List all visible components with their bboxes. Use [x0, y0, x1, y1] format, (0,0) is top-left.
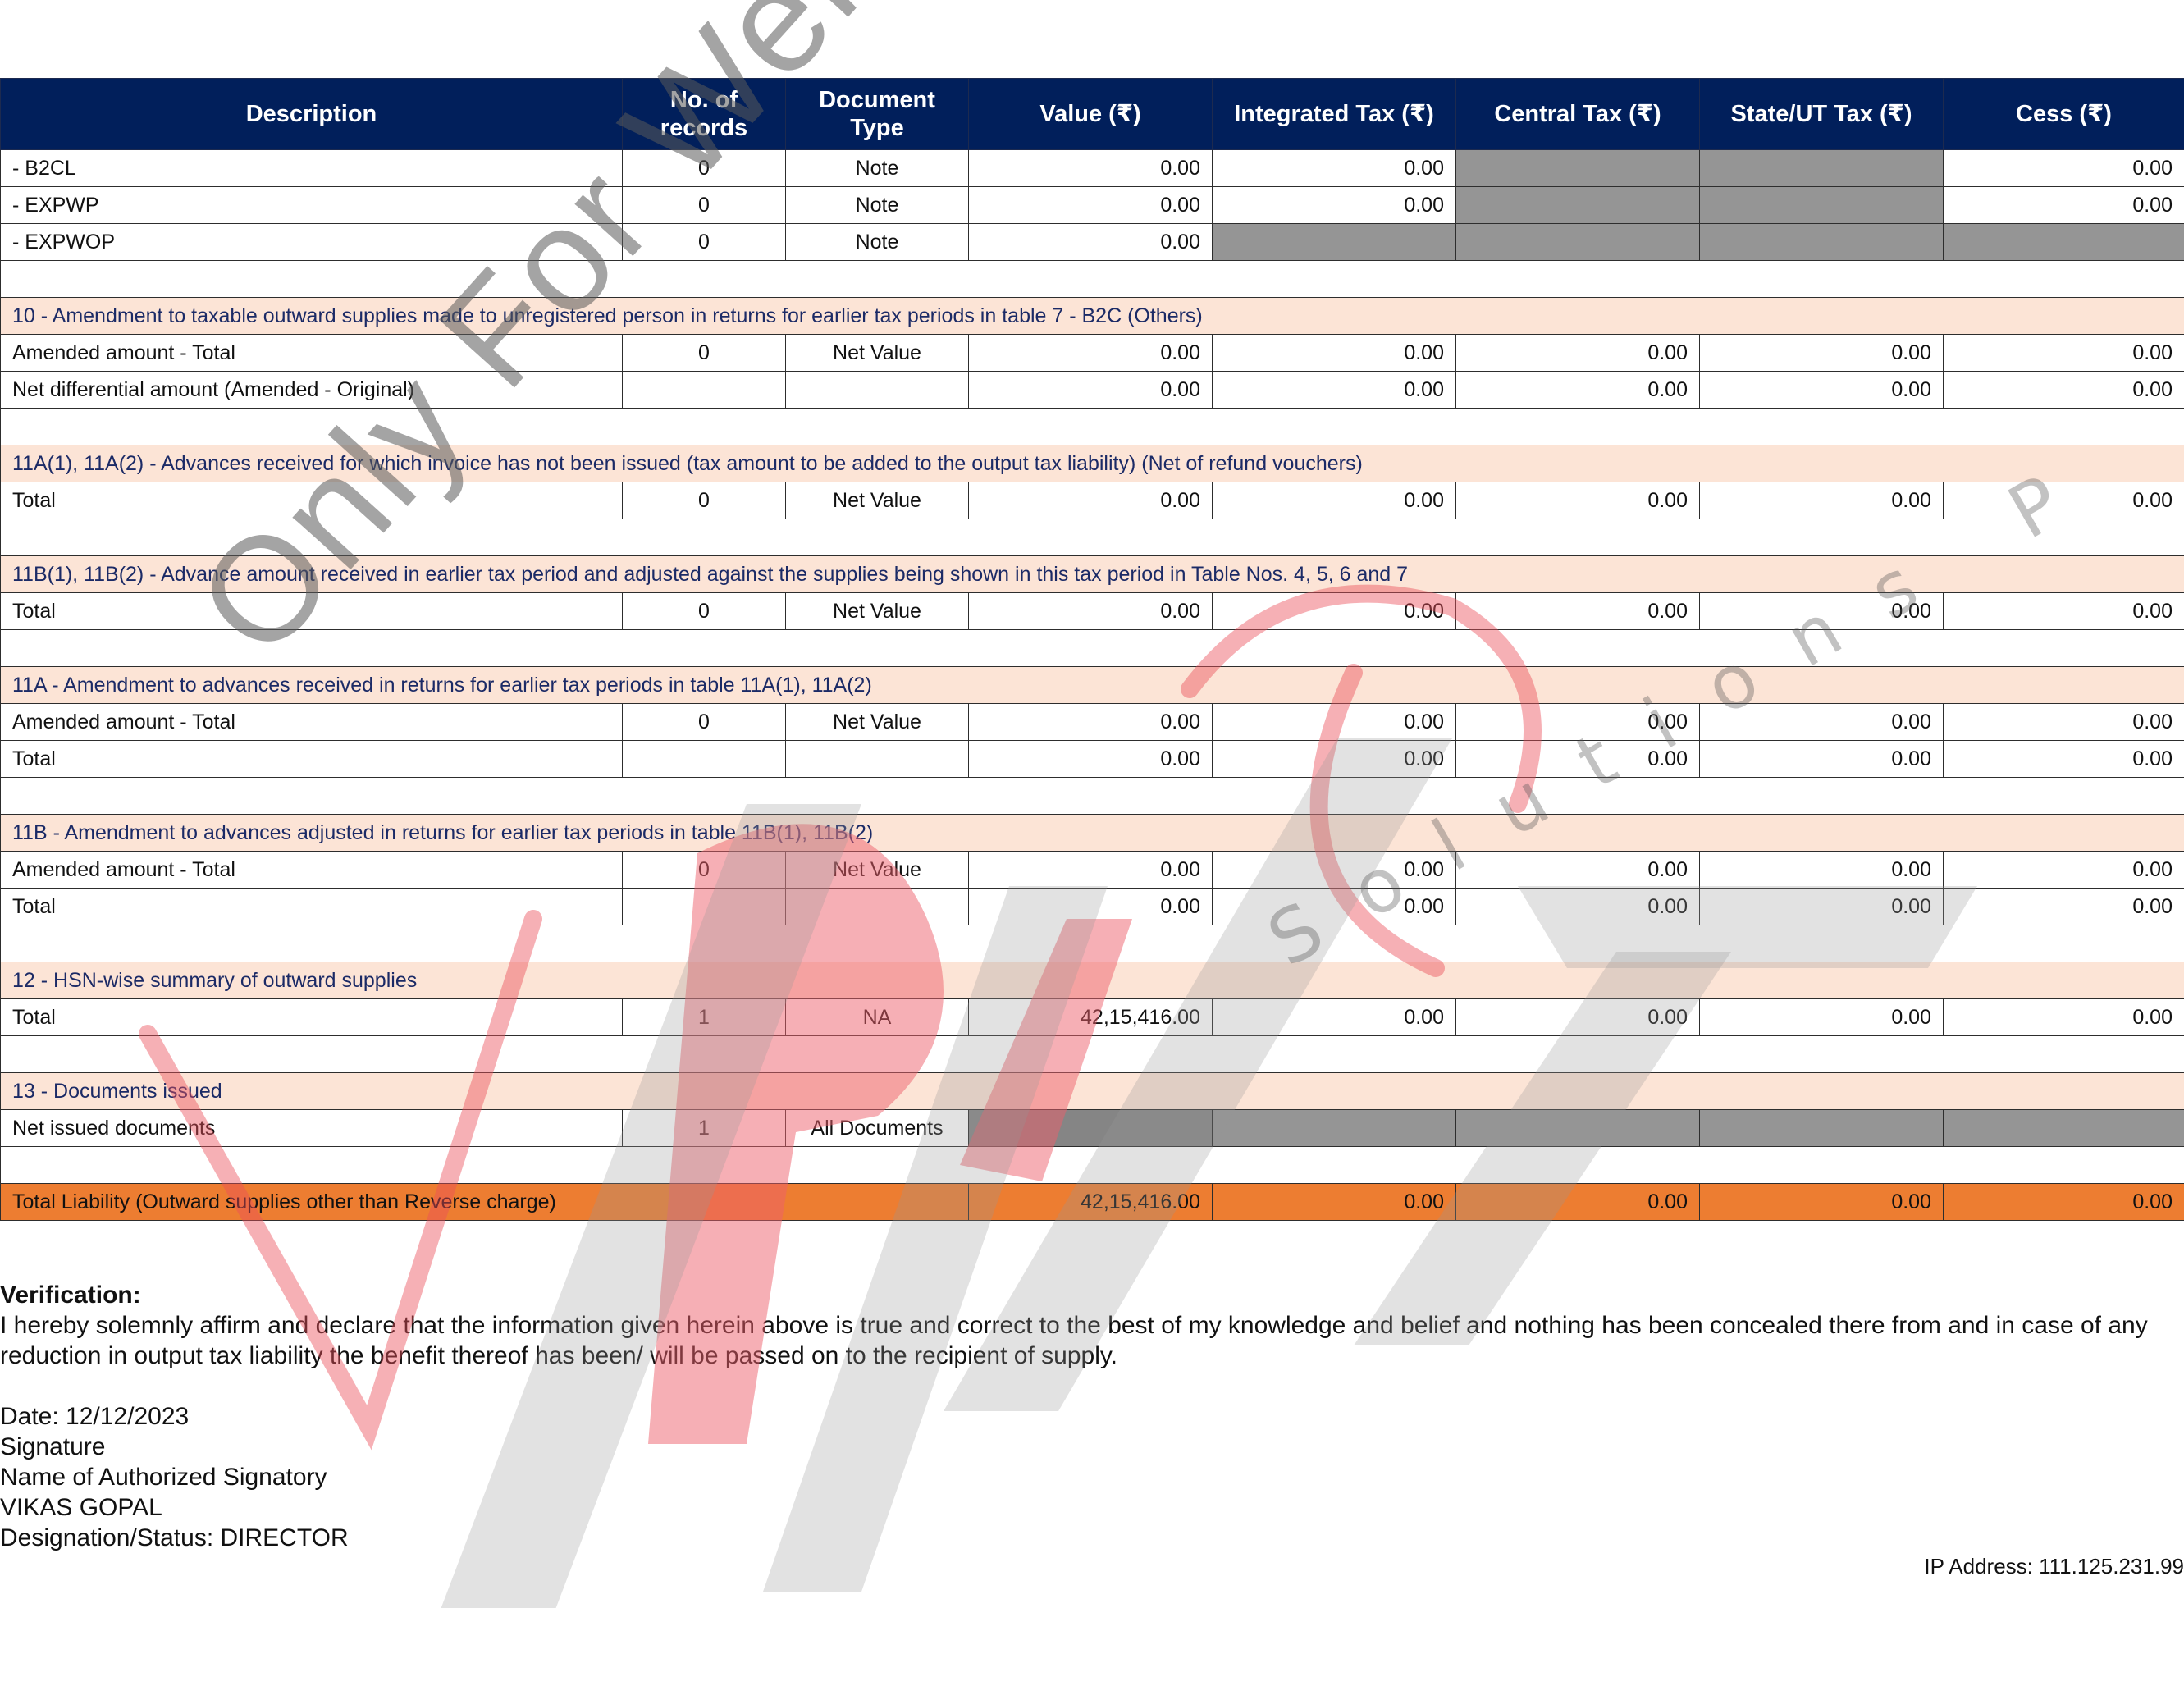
row-value: 0.00: [969, 224, 1213, 261]
row-cess: 0.00: [1944, 150, 2184, 187]
signatory-designation: Designation/Status: DIRECTOR: [0, 1523, 349, 1553]
row-description: - EXPWOP: [1, 224, 623, 261]
row-cess: 0.00: [1944, 372, 2184, 409]
row-description: Net differential amount (Amended - Origi…: [1, 372, 623, 409]
section-title: 12 - HSN-wise summary of outward supplie…: [1, 962, 2184, 999]
row-state-ut-tax: 0.00: [1700, 741, 1944, 778]
row-cess: 0.00: [1944, 852, 2184, 889]
row-integrated-tax: 0.00: [1213, 372, 1456, 409]
total-liability-row: Total Liability (Outward supplies other …: [1, 1184, 2184, 1221]
row-state-ut-tax: 0.00: [1700, 852, 1944, 889]
row-cess: 0.00: [1944, 187, 2184, 224]
row-state-ut-tax: 0.00: [1700, 482, 1944, 519]
row-description: Amended amount - Total: [1, 704, 623, 741]
table-row: Total0Net Value0.000.000.000.000.00: [1, 593, 2184, 630]
table-row: Total1NA42,15,416.000.000.000.000.00: [1, 999, 2184, 1036]
row-integrated-tax-disabled: [1213, 1110, 1456, 1147]
table-row: Net issued documents1All Documents: [1, 1110, 2184, 1147]
row-records: 0: [623, 150, 786, 187]
row-integrated-tax: 0.00: [1213, 741, 1456, 778]
col-header-records: No. of records: [623, 79, 786, 150]
verification-block: Verification: I hereby solemnly affirm a…: [0, 1280, 2184, 1371]
row-state-ut-tax-disabled: [1700, 224, 1944, 261]
row-value: 0.00: [969, 852, 1213, 889]
row-value: 42,15,416.00: [969, 999, 1213, 1036]
row-state-ut-tax: 0.00: [1700, 704, 1944, 741]
total-integrated-tax: 0.00: [1213, 1184, 1456, 1221]
spacer-row: [1, 778, 2184, 815]
row-records: 1: [623, 1110, 786, 1147]
row-document-type: All Documents: [786, 1110, 969, 1147]
row-records: [623, 741, 786, 778]
col-header-integrated-tax: Integrated Tax (₹): [1213, 79, 1456, 150]
row-document-type: [786, 372, 969, 409]
row-integrated-tax: 0.00: [1213, 889, 1456, 925]
row-cess: 0.00: [1944, 889, 2184, 925]
row-cess-disabled: [1944, 1110, 2184, 1147]
section-header-row: 11B(1), 11B(2) - Advance amount received…: [1, 556, 2184, 593]
row-central-tax: 0.00: [1456, 999, 1700, 1036]
section-header-row: 10 - Amendment to taxable outward suppli…: [1, 298, 2184, 335]
row-integrated-tax: 0.00: [1213, 335, 1456, 372]
row-value: 0.00: [969, 187, 1213, 224]
verification-title: Verification:: [0, 1280, 2184, 1310]
row-records: 0: [623, 852, 786, 889]
row-value: 0.00: [969, 335, 1213, 372]
table-row: Amended amount - Total0Net Value0.000.00…: [1, 704, 2184, 741]
verification-text: I hereby solemnly affirm and declare tha…: [0, 1310, 2184, 1371]
section-title: 13 - Documents issued: [1, 1073, 2184, 1110]
row-state-ut-tax: 0.00: [1700, 335, 1944, 372]
row-central-tax: 0.00: [1456, 593, 1700, 630]
row-central-tax-disabled: [1456, 1110, 1700, 1147]
row-central-tax: 0.00: [1456, 852, 1700, 889]
row-document-type: NA: [786, 999, 969, 1036]
row-description: Total: [1, 889, 623, 925]
spacer-cell: [1, 519, 2184, 556]
section-title: 11A(1), 11A(2) - Advances received for w…: [1, 445, 2184, 482]
table-row: Total0Net Value0.000.000.000.000.00: [1, 482, 2184, 519]
col-header-state-ut-tax: State/UT Tax (₹): [1700, 79, 1944, 150]
signatory-name-label: Name of Authorized Signatory: [0, 1462, 349, 1492]
spacer-cell: [1, 1147, 2184, 1184]
row-value: 0.00: [969, 741, 1213, 778]
row-cess: 0.00: [1944, 704, 2184, 741]
row-value: 0.00: [969, 372, 1213, 409]
table-row: - B2CL0Note0.000.000.00: [1, 150, 2184, 187]
table-row: Amended amount - Total0Net Value0.000.00…: [1, 852, 2184, 889]
signatory-date: Date: 12/12/2023: [0, 1401, 349, 1432]
row-integrated-tax: 0.00: [1213, 852, 1456, 889]
section-header-row: 12 - HSN-wise summary of outward supplie…: [1, 962, 2184, 999]
section-header-row: 11A(1), 11A(2) - Advances received for w…: [1, 445, 2184, 482]
row-integrated-tax-disabled: [1213, 224, 1456, 261]
row-cess-disabled: [1944, 224, 2184, 261]
row-value: 0.00: [969, 704, 1213, 741]
row-integrated-tax: 0.00: [1213, 187, 1456, 224]
table-row: - EXPWOP0Note0.00: [1, 224, 2184, 261]
row-central-tax: 0.00: [1456, 372, 1700, 409]
row-description: Amended amount - Total: [1, 852, 623, 889]
row-document-type: Net Value: [786, 704, 969, 741]
row-document-type: Net Value: [786, 482, 969, 519]
col-header-value: Value (₹): [969, 79, 1213, 150]
row-records: 0: [623, 593, 786, 630]
row-central-tax-disabled: [1456, 224, 1700, 261]
row-document-type: Note: [786, 150, 969, 187]
row-state-ut-tax-disabled: [1700, 1110, 1944, 1147]
row-document-type: [786, 741, 969, 778]
ip-address: IP Address: 111.125.231.99: [1924, 1554, 2184, 1579]
row-value-disabled: [969, 1110, 1213, 1147]
row-cess: 0.00: [1944, 593, 2184, 630]
spacer-row: [1, 409, 2184, 445]
row-records: 0: [623, 335, 786, 372]
row-central-tax: 0.00: [1456, 741, 1700, 778]
total-value: 42,15,416.00: [969, 1184, 1213, 1221]
total-state-ut-tax: 0.00: [1700, 1184, 1944, 1221]
spacer-cell: [1, 925, 2184, 962]
signatory-block: Date: 12/12/2023 Signature Name of Autho…: [0, 1401, 349, 1553]
row-cess: 0.00: [1944, 741, 2184, 778]
section-title: 10 - Amendment to taxable outward suppli…: [1, 298, 2184, 335]
spacer-row: [1, 261, 2184, 298]
row-value: 0.00: [969, 482, 1213, 519]
section-header-row: 13 - Documents issued: [1, 1073, 2184, 1110]
signatory-name: VIKAS GOPAL: [0, 1492, 349, 1523]
col-header-description: Description: [1, 79, 623, 150]
table-body: - B2CL0Note0.000.000.00- EXPWP0Note0.000…: [1, 150, 2184, 1221]
row-integrated-tax: 0.00: [1213, 999, 1456, 1036]
col-header-central-tax: Central Tax (₹): [1456, 79, 1700, 150]
total-cess: 0.00: [1944, 1184, 2184, 1221]
row-description: Total: [1, 482, 623, 519]
spacer-row: [1, 925, 2184, 962]
spacer-row: [1, 1036, 2184, 1073]
row-central-tax-disabled: [1456, 187, 1700, 224]
section-header-row: 11A - Amendment to advances received in …: [1, 667, 2184, 704]
row-central-tax: 0.00: [1456, 889, 1700, 925]
table-header-row: Description No. of records Document Type…: [1, 79, 2184, 150]
row-records: 0: [623, 224, 786, 261]
table-row: Net differential amount (Amended - Origi…: [1, 372, 2184, 409]
section-title: 11B(1), 11B(2) - Advance amount received…: [1, 556, 2184, 593]
row-state-ut-tax: 0.00: [1700, 999, 1944, 1036]
spacer-cell: [1, 261, 2184, 298]
row-records: 1: [623, 999, 786, 1036]
row-document-type: [786, 889, 969, 925]
row-state-ut-tax: 0.00: [1700, 593, 1944, 630]
section-title: 11A - Amendment to advances received in …: [1, 667, 2184, 704]
row-cess: 0.00: [1944, 335, 2184, 372]
row-central-tax: 0.00: [1456, 704, 1700, 741]
spacer-cell: [1, 409, 2184, 445]
col-header-cess: Cess (₹): [1944, 79, 2184, 150]
row-records: 0: [623, 704, 786, 741]
row-cess: 0.00: [1944, 482, 2184, 519]
total-liability-label: Total Liability (Outward supplies other …: [1, 1184, 969, 1221]
row-cess: 0.00: [1944, 999, 2184, 1036]
row-records: [623, 372, 786, 409]
row-integrated-tax: 0.00: [1213, 482, 1456, 519]
signatory-signature-label: Signature: [0, 1432, 349, 1462]
section-title: 11B - Amendment to advances adjusted in …: [1, 815, 2184, 852]
row-document-type: Note: [786, 224, 969, 261]
row-central-tax-disabled: [1456, 150, 1700, 187]
row-document-type: Net Value: [786, 593, 969, 630]
spacer-cell: [1, 778, 2184, 815]
row-central-tax: 0.00: [1456, 335, 1700, 372]
row-integrated-tax: 0.00: [1213, 704, 1456, 741]
total-central-tax: 0.00: [1456, 1184, 1700, 1221]
row-value: 0.00: [969, 150, 1213, 187]
row-document-type: Net Value: [786, 335, 969, 372]
spacer-cell: [1, 630, 2184, 667]
row-state-ut-tax: 0.00: [1700, 372, 1944, 409]
row-description: - EXPWP: [1, 187, 623, 224]
row-description: - B2CL: [1, 150, 623, 187]
row-central-tax: 0.00: [1456, 482, 1700, 519]
row-state-ut-tax-disabled: [1700, 187, 1944, 224]
row-description: Total: [1, 593, 623, 630]
spacer-row: [1, 630, 2184, 667]
spacer-cell: [1, 1036, 2184, 1073]
row-records: 0: [623, 187, 786, 224]
table-row: Total0.000.000.000.000.00: [1, 889, 2184, 925]
row-records: [623, 889, 786, 925]
row-records: 0: [623, 482, 786, 519]
row-value: 0.00: [969, 889, 1213, 925]
row-document-type: Net Value: [786, 852, 969, 889]
spacer-row: [1, 1147, 2184, 1184]
section-header-row: 11B - Amendment to advances adjusted in …: [1, 815, 2184, 852]
table-row: - EXPWP0Note0.000.000.00: [1, 187, 2184, 224]
row-description: Total: [1, 741, 623, 778]
row-integrated-tax: 0.00: [1213, 593, 1456, 630]
row-state-ut-tax-disabled: [1700, 150, 1944, 187]
spacer-row: [1, 519, 2184, 556]
gstr1-summary-table: Description No. of records Document Type…: [0, 78, 2184, 1221]
row-description: Net issued documents: [1, 1110, 623, 1147]
row-state-ut-tax: 0.00: [1700, 889, 1944, 925]
table-row: Total0.000.000.000.000.00: [1, 741, 2184, 778]
col-header-document-type: Document Type: [786, 79, 969, 150]
table-row: Amended amount - Total0Net Value0.000.00…: [1, 335, 2184, 372]
row-integrated-tax: 0.00: [1213, 150, 1456, 187]
row-document-type: Note: [786, 187, 969, 224]
row-description: Amended amount - Total: [1, 335, 623, 372]
row-value: 0.00: [969, 593, 1213, 630]
row-description: Total: [1, 999, 623, 1036]
